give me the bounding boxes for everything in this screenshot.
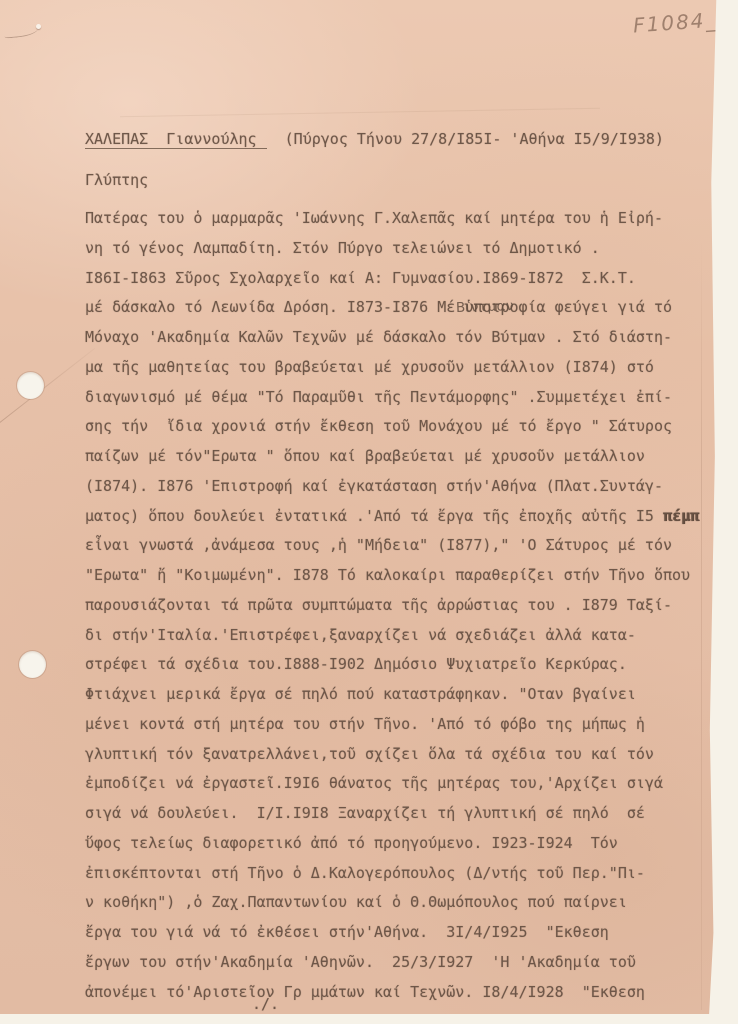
typed-line: Μόναχο 'Ακαδημία Καλῶν Τεχνῶν μέ δάσκαλο…: [85, 323, 699, 353]
vertical-crease: [701, 240, 702, 1010]
title-subject-name: ΧΑΛΕΠΑΣ Γιαννούλης: [85, 130, 267, 149]
diagonal-crease: [0, 348, 95, 429]
punch-hole-top: [17, 372, 44, 399]
typed-line: σιγά νά δουλεύει. Ι/Ι.Ι9Ι8 Ξαναρχίζει τή…: [85, 799, 699, 829]
document-title: ΧΑΛΕΠΑΣ Γιαννούλης (Πύργος Τήνου 27/8/Ι8…: [85, 130, 664, 148]
handwritten-file-code: F1084_4: [632, 7, 733, 38]
typed-line: μα τῆς μαθητείας του βραβεύεται μέ χρυσο…: [85, 353, 699, 383]
overstruck-word: πέμπ: [663, 507, 699, 525]
typed-body-text: Πατέρας του ὁ μαρμαρᾶς 'Ιωάννης Γ.Χαλεπᾶ…: [85, 204, 699, 1007]
handwritten-correction: Βιντμαν: [456, 298, 515, 316]
typed-line: μένει κοντά στή μητέρα του στήν Τῆνο. 'Α…: [85, 710, 699, 740]
typed-line: νη τό γένος Λαμπαδίτη. Στόν Πύργο τελειώ…: [85, 234, 699, 264]
typed-line: μέ δάσκαλο τό Λεωνίδα Δρόση. Ι873-Ι876 Μ…: [85, 293, 699, 323]
continuation-mark: ./.: [252, 995, 279, 1013]
typed-line: ἔργα του γιά νά τό ἐκθέσει στήν'Αθήνα. 3…: [85, 918, 699, 948]
typed-line: παίζων μέ τόν"Ερωτα " ὅπου καί βραβεύετα…: [85, 442, 699, 472]
subtitle-profession: Γλύπτης: [85, 171, 148, 189]
typed-line: ἐμποδίζει νά ἐργαστεῖ.Ι9Ι6 θάνατος τῆς μ…: [85, 769, 699, 799]
title-dates: (Πύργος Τήνου 27/8/Ι85Ι- 'Αθήνα Ι5/9/Ι93…: [267, 130, 664, 148]
typed-line: εἶναι γνωστά ,ἀνάμεσα τους ,ἡ "Μήδεια" (…: [85, 531, 699, 561]
typed-line: ν κοθήκη") ,ὁ Ζαχ.Παπαντωνίου καί ὁ Θ.Θω…: [85, 888, 699, 918]
scanned-document-page: { "colors": { "paper": "#e6c0a8", "backd…: [0, 0, 738, 1024]
paper-sheet: ΧΑΛΕΠΑΣ Γιαννούλης (Πύργος Τήνου 27/8/Ι8…: [0, 0, 717, 1014]
horizontal-crease: [120, 108, 600, 117]
typed-line: δι στήν'Ιταλία.'Επιστρέφει,ξαναρχίζει νά…: [85, 621, 699, 651]
typed-line: ἐπισκέπτονται στή Τῆνο ὁ Δ.Καλογερόπουλο…: [85, 859, 699, 889]
typed-line: ἔργων του στήν'Ακαδημία 'Αθηνῶν. 25/3/Ι9…: [85, 948, 699, 978]
staple-scratch-mark: [4, 24, 39, 38]
typed-line: ἀπονέμει τό'Αριστεῖον Γρ μμάτων καί Τεχν…: [85, 978, 699, 1008]
typed-line: γλυπτική τόν ξανατρελλάνει,τοῦ σχίζει ὅλ…: [85, 740, 699, 770]
typed-line: Ι86Ι-Ι863 Σῦρος Σχολαρχεῖο καί Α: Γυμνασ…: [85, 264, 699, 294]
typed-line: (Ι874). Ι876 'Επιστροφή καί ἐγκατάσταση …: [85, 472, 699, 502]
typed-line: ὕφος τελείως διαφορετικό ἀπό τό προηγούμ…: [85, 829, 699, 859]
typed-line: σης τήν ἴδια χρονιά στήν ἔκθεση τοῦ Μονά…: [85, 412, 699, 442]
typed-line-text: ματος) ὅπου δουλεύει ἐντατικά .'Από τά ἔ…: [85, 507, 663, 525]
pin-hole-mark: [36, 24, 41, 29]
typed-line: παρουσιάζονται τά πρῶτα συμπτώματα τῆς ἀ…: [85, 591, 699, 621]
typed-line: στρέφει τά σχέδια του.Ι888-Ι902 Δημόσιο …: [85, 650, 699, 680]
typed-line: διαγωνισμό μέ θέμα "Τό Παραμῦθι τῆς Πεντ…: [85, 383, 699, 413]
typed-line: "Ερωτα" ἤ "Κοιμωμένη". Ι878 Τό καλοκαίρι…: [85, 561, 699, 591]
typed-line-with-overstrike: ματος) ὅπου δουλεύει ἐντατικά .'Από τά ἔ…: [85, 502, 699, 532]
typed-line: Φτιάχνει μερικά ἔργα σέ πηλό πού καταστρ…: [85, 680, 699, 710]
punch-hole-bottom: [19, 651, 46, 678]
typed-line: Πατέρας του ὁ μαρμαρᾶς 'Ιωάννης Γ.Χαλεπᾶ…: [85, 204, 699, 234]
